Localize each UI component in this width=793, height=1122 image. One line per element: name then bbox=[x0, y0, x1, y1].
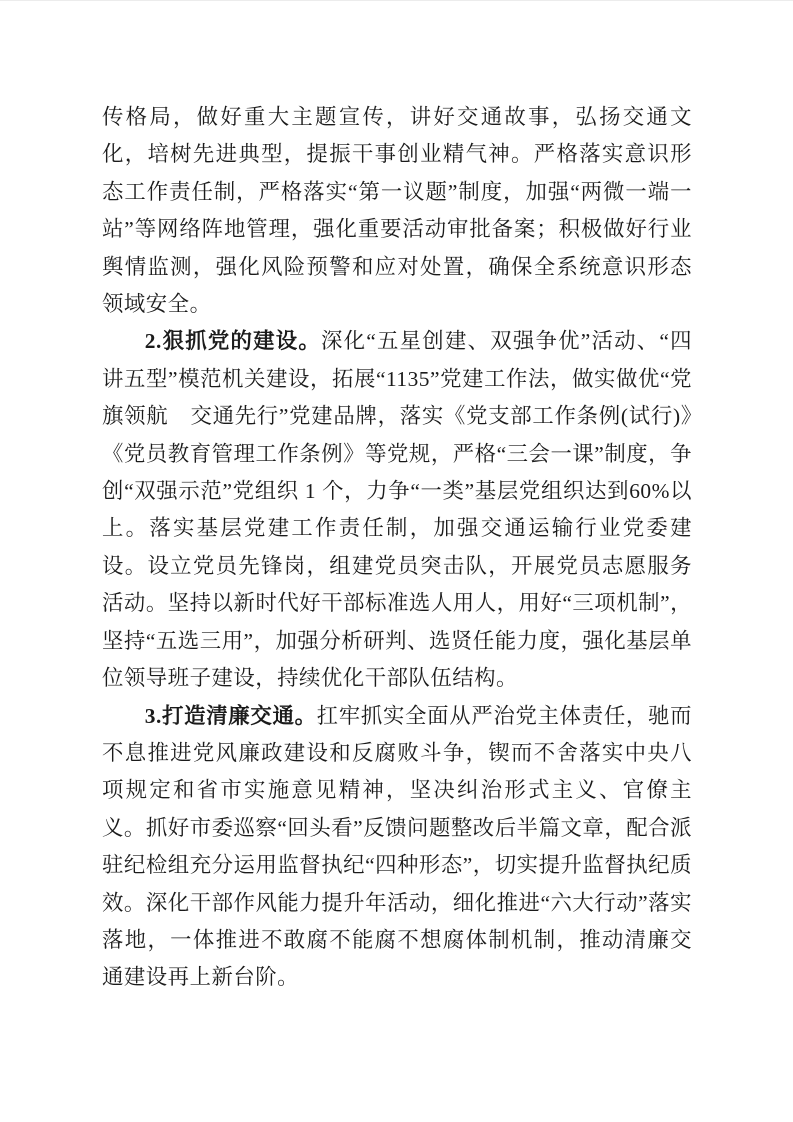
paragraph-text: 传格局，做好重大主题宣传，讲好交通故事，弘扬交通文化，培树先进典型，提振干事创业… bbox=[102, 105, 692, 316]
paragraph-clean-governance: 3.打造清廉交通。扛牢抓实全面从严治党主体责任，驰而不息推进党风廉政建设和反腐败… bbox=[102, 698, 692, 997]
paragraph-continuation: 传格局，做好重大主题宣传，讲好交通故事，弘扬交通文化，培树先进典型，提振干事创业… bbox=[102, 99, 692, 323]
paragraph-text: 扛牢抓实全面从严治党主体责任，驰而不息推进党风廉政建设和反腐败斗争，锲而不舍落实… bbox=[102, 704, 692, 990]
paragraph-party-building: 2.狠抓党的建设。深化“五星创建、双强争优”活动、“四讲五型”模范机关建设，拓展… bbox=[102, 323, 692, 697]
scan-edge-artifact bbox=[0, 0, 793, 1]
document-page: 传格局，做好重大主题宣传，讲好交通故事，弘扬交通文化，培树先进典型，提振干事创业… bbox=[0, 0, 793, 1122]
text-block: 传格局，做好重大主题宣传，讲好交通故事，弘扬交通文化，培树先进典型，提振干事创业… bbox=[102, 99, 692, 997]
paragraph-lead: 2.狠抓党的建设。 bbox=[145, 329, 321, 353]
paragraph-text: 深化“五星创建、双强争优”活动、“四讲五型”模范机关建设，拓展“1135”党建工… bbox=[102, 329, 692, 690]
paragraph-lead: 3.打造清廉交通。 bbox=[145, 704, 317, 728]
